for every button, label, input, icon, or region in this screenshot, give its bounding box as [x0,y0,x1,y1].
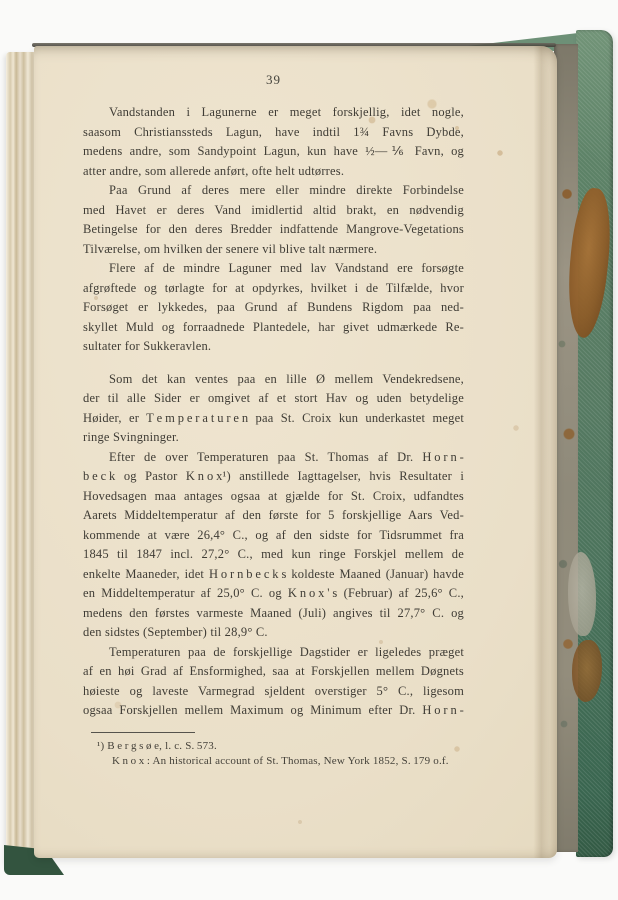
text-line: Aarets Middeltemperatur af den første fo… [83,506,464,526]
page-content: Vandstanden i Lagunerne er meget forskje… [83,103,464,769]
text-line: den sidstes (September) til 28,9° C. [83,623,464,643]
text-line: høieste og laveste Varmegrad sjeldent ov… [83,682,464,702]
text-line: Vandstanden i Lagunerne er meget forskje… [83,103,464,123]
page-block-fore-edge [554,44,578,852]
text-line: ringe Svingninger. [83,428,464,448]
text-line: med Havet er deres Vand imidlertid altid… [83,201,464,221]
text-line: 1845 til 1847 incl. 27,2° C., med kun ri… [83,545,464,565]
text-line: Hovedsagen maa antages ogsaa at gjælde f… [83,487,464,507]
text-line: Temperaturen paa de forskjellige Dagstid… [83,643,464,663]
text-line: Flere af de mindre Laguner med lav Vands… [83,259,464,279]
paragraph: Efter de over Temperaturen paa St. Thoma… [83,448,464,643]
text-line: ogsaa Forskjellen mellem Maximum og Mini… [83,701,464,721]
text-line: Som det kan ventes paa en lille Ø mellem… [83,370,464,390]
footnote-line: K n o x : An historical account of St. T… [91,754,464,769]
text-line: afgrøftede og tørlagte for at opdyrkes, … [83,279,464,299]
paragraph: Temperaturen paa de forskjellige Dagstid… [83,643,464,721]
text-line: Efter de over Temperaturen paa St. Thoma… [83,448,464,468]
text-line: b e c k og Pastor K n o x¹) anstillede I… [83,467,464,487]
text-line: Forsøget er lykkedes, paa Grund af Bunde… [83,298,464,318]
footnote-lines: ¹) B e r g s ø e, l. c. S. 573.K n o x :… [91,739,464,769]
text-line: af en høi Grad af Ensformighed, saa at F… [83,662,464,682]
text-line: kommende at være 26,4° C., og af den sid… [83,526,464,546]
text-line: Paa Grund af deres mere eller mindre dir… [83,181,464,201]
text-line: skyllet Muld og forraadnede Plantedele, … [83,318,464,338]
book-cover [576,30,613,857]
text-line: atter andre, som allerede anført, ofte h… [83,162,464,182]
page-number: 39 [83,72,464,88]
text-line: en Middeltemperatur af 25,0° C. og K n o… [83,584,464,604]
footnote-rule [91,732,195,733]
text-line: medens den førstes varmeste Maaned (Juli… [83,604,464,624]
book-page: 39 Vandstanden i Lagunerne er meget fors… [34,46,557,858]
text-line: saasom Christianssteds Lagun, have indti… [83,123,464,143]
text-line: der til alle Sider er omgivet af et stor… [83,389,464,409]
text-line: sultater for Sukkeravlen. [83,337,464,357]
paragraph: Flere af de mindre Laguner med lav Vands… [83,259,464,357]
text-line: Høider, er T e m p e r a t u r e n paa S… [83,409,464,429]
footnote-line: ¹) B e r g s ø e, l. c. S. 573. [91,739,464,754]
paragraph: Paa Grund af deres mere eller mindre dir… [83,181,464,259]
text-line: Betingelse for den deres Bredder indfatt… [83,220,464,240]
text-line: Tilværelse, om hvilken der senere vil bl… [83,240,464,260]
photo-backdrop: 39 Vandstanden i Lagunerne er meget fors… [0,0,618,900]
text-line: medens andre, som Sandypoint Lagun, kun … [83,142,464,162]
paragraph: Som det kan ventes paa en lille Ø mellem… [83,370,464,448]
text-block: Vandstanden i Lagunerne er meget forskje… [83,103,464,721]
paragraph: Vandstanden i Lagunerne er meget forskje… [83,103,464,181]
page-stack-edges [6,52,36,868]
footnote: ¹) B e r g s ø e, l. c. S. 573.K n o x :… [91,732,464,769]
text-line: enkelte Maaneder, idet H o r n b e c k s… [83,565,464,585]
